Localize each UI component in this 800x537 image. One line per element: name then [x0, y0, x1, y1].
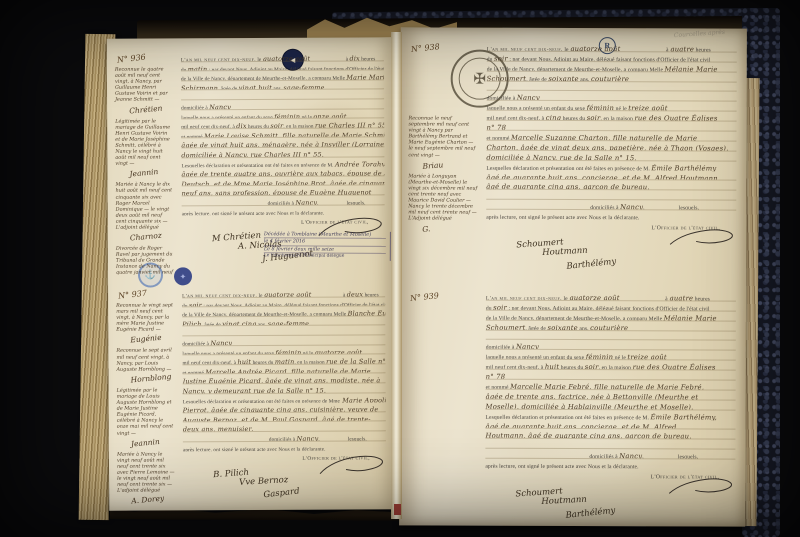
margin-note: Légitimée par le mariage de Louis August… [117, 387, 175, 436]
text-segment: Émile Barthélémy [651, 164, 716, 171]
margin-note-signature: A. Dorey [131, 493, 176, 506]
right-page: Courcelles après R ✠ N° 938 Reconnue le … [399, 27, 747, 526]
margin-note: Reconnue le sept avril mil neuf cent vin… [116, 348, 174, 373]
red-bookmark-ribbon [394, 504, 401, 515]
record-text: L'an mil neuf cent dix-neuf, le quatorze… [485, 291, 736, 480]
death-mention-2016-stamp: Décédée à Tomblaine (Meurthe et Moselle)… [264, 231, 391, 260]
birth-record-937: N° 937 Reconnue le vingt sept mars mil n… [108, 273, 396, 510]
record-number: N° 938 [411, 38, 480, 54]
record-936-body: L'an mil neuf cent dix-neuf, le quatorze… [177, 37, 395, 274]
text-line: après lecture, ont signé le présent acte… [485, 459, 735, 470]
margin-note-signature: Chrétien [129, 102, 174, 115]
left-page: ◄ ⚓ ✦ N° 936 Reconnue le quatre août mil… [107, 37, 396, 510]
margin-note: Mariée à Nancy le dix huit août mil neuf… [116, 182, 174, 231]
margin-note-signature: G. [422, 221, 479, 235]
mention-line: Le Fonctionnaire Municipal délégué [264, 253, 386, 260]
birth-record-936: N° 936 Reconnue le quatre août mil neuf … [107, 37, 395, 274]
record-text: L'an mil neuf cent dix-neuf, le quatorze… [486, 42, 737, 231]
record-number: N° 939 [410, 287, 479, 303]
official-signature-flourish [665, 473, 737, 499]
margin-note: Mariée à Nancy le vingt neuf août mil ne… [117, 451, 175, 494]
record-number: N° 936 [117, 50, 174, 65]
margin-annotations: Reconnue le vingt sept mars mil neuf cen… [116, 302, 175, 504]
record-number: N° 937 [118, 286, 175, 301]
margin-note-signature: Eugénie [130, 332, 175, 345]
margin-note: Légitimée par le mariage de Guillaume He… [115, 118, 173, 167]
record-939-margin: N° 939 [399, 276, 482, 525]
margin-annotations: Reconnue le quatre août mil neuf cent vi… [115, 66, 174, 274]
margin-note-signature: Jeannin [129, 166, 174, 179]
text-line: Lesquelles déclaration et présentation o… [486, 409, 736, 420]
margin-spacer [409, 55, 479, 115]
birth-record-939: N° 939 L'an mil neuf cent dix-neuf, le q… [399, 276, 746, 526]
text-segment: après lecture, ont signé le présent acte… [485, 464, 638, 470]
margin-note-signature: Hornblong [130, 371, 175, 384]
margin-note: Mariée à Longuyon (Meurthe-et-Moselle) l… [408, 173, 478, 222]
register-book: ◄ ⚓ ✦ N° 936 Reconnue le quatre août mil… [82, 8, 780, 537]
photo-background: ◄ ⚓ ✦ N° 936 Reconnue le quatre août mil… [0, 0, 800, 537]
record-937-body: L'an mil neuf cent dix-neuf, le quatorze… [178, 273, 396, 510]
book-gutter [391, 32, 402, 519]
margin-note: Reconnue le quatre août mil neuf cent vi… [115, 66, 173, 103]
margin-note-signature: Briau [422, 157, 479, 171]
margin-annotations: Reconnue le neuf septembre mil neuf cent… [408, 115, 478, 232]
record-938-body: L'an mil neuf cent dix-neuf, le quatorze… [482, 28, 747, 278]
official-signature-flourish [316, 451, 388, 477]
margin-note: Reconnue le vingt sept mars mil neuf cen… [116, 302, 174, 333]
margin-note: Reconnue le neuf septembre mil neuf cent… [408, 115, 478, 158]
record-text: L'an mil neuf cent dix-neuf, le quatorze… [181, 51, 385, 225]
record-939-body: L'an mil neuf cent dix-neuf, le quatorze… [481, 277, 746, 527]
text-line: après lecture, ont signé le présent acte… [486, 210, 736, 221]
margin-note-signature: Charnoz [129, 230, 174, 243]
record-text: L'an mil neuf cent dix-neuf, le quatorze… [182, 287, 386, 461]
record-936-margin: N° 936 Reconnue le quatre août mil neuf … [107, 38, 178, 274]
text-line: Lesquelles déclaration et présentation o… [486, 160, 736, 171]
margin-note: Divorcée de Roger Ravel par jugement du … [116, 245, 174, 274]
margin-note-signature: Jeannin [131, 435, 176, 448]
birth-record-938: N° 938 Reconnue le neuf septembre mil ne… [400, 27, 747, 277]
record-938-margin: N° 938 Reconnue le neuf septembre mil ne… [400, 27, 483, 276]
text-segment: Émile Barthélémy, [651, 413, 718, 420]
official-signature-flourish [666, 224, 738, 250]
text-segment: après lecture, ont signé le présent acte… [486, 215, 639, 221]
record-937-margin: N° 937 Reconnue le vingt sept mars mil n… [108, 274, 179, 510]
